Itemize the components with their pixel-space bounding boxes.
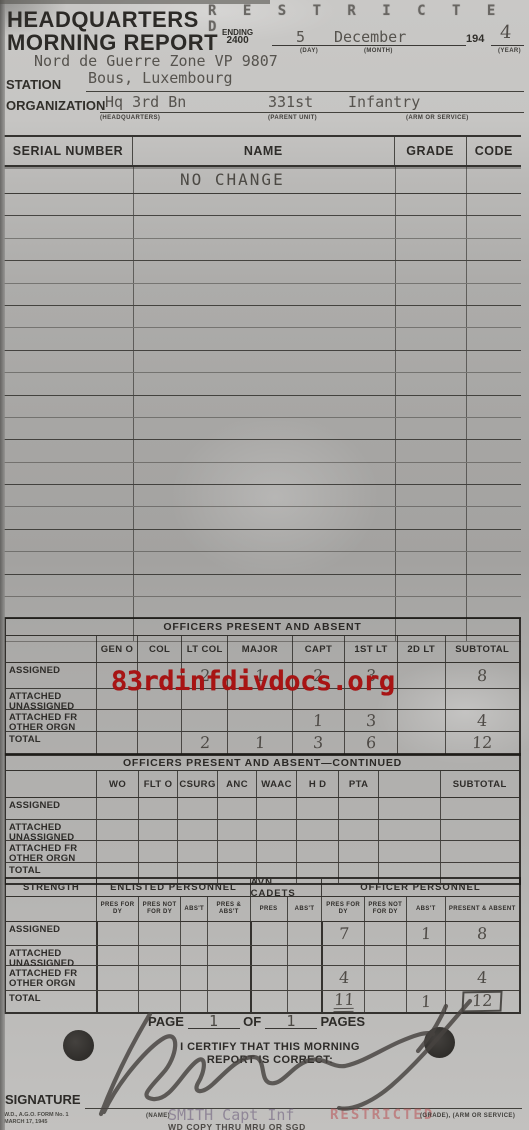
column-header-serial: SERIAL NUMBER xyxy=(4,137,132,165)
column-divider xyxy=(466,440,467,461)
column-divider xyxy=(395,485,396,506)
organization-underline xyxy=(100,112,524,113)
column-divider xyxy=(395,167,396,193)
value-cell xyxy=(296,820,339,840)
form-number-line1: W.D., A.G.O. FORM No. 1 xyxy=(4,1112,69,1119)
table-row: ATTACHED UNASSIGNED xyxy=(6,820,519,841)
handwritten-value: 2 xyxy=(199,735,210,751)
strength-title: STRENGTH xyxy=(6,879,96,896)
page-label: PAGE xyxy=(148,1014,184,1029)
header-spacer xyxy=(6,897,96,921)
form-number-print: W.D., A.G.O. FORM No. 1 MARCH 17, 1945 xyxy=(4,1112,69,1126)
value-cell xyxy=(250,922,287,945)
ending-label: ENDING 2400 xyxy=(222,29,253,45)
handwritten-value: 1 xyxy=(254,735,265,751)
column-divider xyxy=(395,216,396,237)
value-cell: 1 xyxy=(406,922,446,945)
column-header-grade: GRADE xyxy=(394,137,466,165)
strength-body: ASSIGNED718ATTACHED UNASSIGNEDATTACHED F… xyxy=(6,922,519,1012)
value-cell xyxy=(440,798,517,819)
column-divider xyxy=(133,239,134,260)
officers-table-title: OFFICERS PRESENT AND ABSENT xyxy=(6,619,519,636)
handwritten-value: 1 xyxy=(313,712,324,728)
officers2-body: ASSIGNEDATTACHED UNASSIGNEDATTACHED FR O… xyxy=(6,798,519,883)
column-header: PRESENT & ABSENT xyxy=(445,897,518,921)
ending-time: 2400 xyxy=(222,37,253,45)
column-divider xyxy=(133,328,134,349)
roster-empty-row xyxy=(4,440,521,462)
roster-header-row: SERIAL NUMBER NAME GRADE CODE xyxy=(4,137,521,167)
value-cell xyxy=(207,922,250,945)
value-cell xyxy=(406,966,446,990)
value-cell xyxy=(207,966,250,990)
year-sublabel: (YEAR) xyxy=(498,48,521,54)
value-cell xyxy=(138,966,181,990)
table-row: TOTAL213612 xyxy=(6,732,519,754)
column-divider xyxy=(395,440,396,461)
handwritten-value: 6 xyxy=(366,735,377,751)
roster-empty-row xyxy=(4,463,521,485)
year-underline xyxy=(491,45,524,46)
station-grid-value: Nord de Guerre Zone VP 9807 xyxy=(34,52,278,70)
header-spacer xyxy=(378,771,441,797)
value-cell xyxy=(364,966,406,990)
value-cell xyxy=(364,922,406,945)
column-divider xyxy=(133,194,134,215)
value-cell: 12 xyxy=(445,732,519,754)
value-cell xyxy=(256,820,296,840)
value-cell xyxy=(96,732,137,754)
row-label: ATTACHED FR OTHER ORGN xyxy=(6,710,96,731)
punch-hole-left xyxy=(63,1030,94,1061)
column-divider xyxy=(466,575,467,596)
day-sublabel: (DAY) xyxy=(300,48,318,54)
column-header: CAPT xyxy=(292,636,345,662)
value-cell xyxy=(296,841,339,862)
roster-entry-row: NO CHANGE xyxy=(4,167,521,194)
value-cell xyxy=(250,946,287,965)
value-cell xyxy=(180,946,207,965)
column-divider xyxy=(133,552,134,573)
date-month-value: December xyxy=(334,28,406,46)
value-cell: 1 xyxy=(292,710,345,731)
column-divider xyxy=(133,575,134,596)
column-header: 1ST LT xyxy=(344,636,397,662)
value-cell xyxy=(207,946,250,965)
handwritten-value: 8 xyxy=(477,667,488,683)
value-cell xyxy=(397,732,445,754)
column-divider xyxy=(133,507,134,528)
row-label: ASSIGNED xyxy=(6,663,96,688)
column-divider xyxy=(133,396,134,417)
value-cell xyxy=(287,922,322,945)
roster-table: SERIAL NUMBER NAME GRADE CODE NO CHANGE xyxy=(4,135,521,642)
value-cell xyxy=(397,710,445,731)
value-cell xyxy=(378,841,441,862)
year-handwritten: 4 xyxy=(500,24,512,42)
punch-hole-right xyxy=(424,1027,455,1058)
officers-continued-title: OFFICERS PRESENT AND ABSENT—CONTINUED xyxy=(6,755,519,771)
column-header: PRES xyxy=(250,897,287,921)
column-header: ABS'T xyxy=(287,897,322,921)
value-cell xyxy=(256,798,296,819)
column-header: PRES NOT FOR DY xyxy=(364,897,406,921)
column-header: CSURG xyxy=(177,771,217,797)
value-cell xyxy=(378,798,441,819)
date-day-value: 5 xyxy=(296,28,305,46)
group-enlisted: ENLISTED PERSONNEL xyxy=(96,879,249,896)
column-divider xyxy=(466,261,467,282)
column-divider xyxy=(395,530,396,551)
column-divider xyxy=(466,485,467,506)
row-label: ATTACHED UNASSIGNED xyxy=(6,820,96,840)
column-divider xyxy=(466,194,467,215)
value-cell: 4 xyxy=(445,710,519,731)
column-header: MAJOR xyxy=(227,636,292,662)
roster-empty-row xyxy=(4,552,521,574)
strength-subheader: PRES FOR DYPRES NOT FOR DYABS'TPRES & AB… xyxy=(6,897,519,922)
column-divider xyxy=(466,239,467,260)
column-divider xyxy=(133,284,134,305)
certify-line2: REPORT IS CORRECT: xyxy=(140,1054,400,1067)
column-divider xyxy=(395,261,396,282)
name-sublabel: (NAME) xyxy=(146,1113,170,1119)
archive-watermark: 83rdinfdivdocs.org xyxy=(111,666,395,697)
no-change-entry: NO CHANGE xyxy=(180,170,285,189)
arm-service-sublabel: (ARM OR SERVICE) xyxy=(406,115,469,121)
value-cell xyxy=(138,946,181,965)
column-divider xyxy=(133,261,134,282)
value-cell xyxy=(96,922,138,945)
column-divider xyxy=(133,418,134,439)
column-divider xyxy=(466,463,467,484)
column-divider xyxy=(133,306,134,327)
table-row: ASSIGNED xyxy=(6,798,519,820)
value-cell xyxy=(96,798,138,819)
value-cell xyxy=(445,946,518,965)
pages-label: PAGES xyxy=(320,1014,365,1029)
column-divider xyxy=(133,463,134,484)
officers-continued-table: OFFICERS PRESENT AND ABSENT—CONTINUED WO… xyxy=(4,753,521,885)
table-row: ATTACHED FR OTHER ORGN xyxy=(6,841,519,863)
organization-parent-value: 331st xyxy=(268,93,313,111)
column-divider xyxy=(466,396,467,417)
roster-empty-row xyxy=(4,418,521,440)
station-town-value: Bous, Luxembourg xyxy=(88,69,233,87)
value-cell xyxy=(250,966,287,990)
column-divider xyxy=(133,440,134,461)
roster-empty-row xyxy=(4,373,521,395)
column-header: PRES NOT FOR DY xyxy=(138,897,181,921)
column-divider xyxy=(395,194,396,215)
roster-empty-row xyxy=(4,261,521,283)
column-divider xyxy=(395,418,396,439)
roster-empty-row xyxy=(4,239,521,261)
row-label: ATTACHED FR OTHER ORGN xyxy=(6,966,96,990)
value-cell xyxy=(138,798,178,819)
column-header: PRES FOR DY xyxy=(321,897,364,921)
column-divider xyxy=(466,216,467,237)
roster-empty-row xyxy=(4,284,521,306)
table-row: ATTACHED UNASSIGNED xyxy=(6,946,519,966)
station-underline xyxy=(86,91,524,92)
value-cell xyxy=(181,710,227,731)
value-cell xyxy=(138,820,178,840)
column-header: PRES & ABS'T xyxy=(207,897,250,921)
value-cell xyxy=(138,922,181,945)
handwritten-value: 4 xyxy=(477,712,488,728)
column-divider xyxy=(466,306,467,327)
parent-unit-sublabel: (PARENT UNIT) xyxy=(268,115,317,121)
value-cell: 3 xyxy=(292,732,345,754)
column-header: PTA xyxy=(338,771,378,797)
roster-empty-row xyxy=(4,216,521,238)
handwritten-value: 4 xyxy=(477,970,488,986)
column-divider xyxy=(395,373,396,394)
handwritten-value: 4 xyxy=(338,970,349,986)
row-label: ATTACHED UNASSIGNED xyxy=(6,946,96,965)
page-count-line: PAGE 1 OF 1 PAGES xyxy=(148,1014,365,1029)
column-divider xyxy=(466,328,467,349)
headquarters-sublabel: (HEADQUARTERS) xyxy=(100,115,160,121)
column-header: ABS'T xyxy=(180,897,207,921)
column-divider xyxy=(466,284,467,305)
value-cell: 3 xyxy=(344,710,397,731)
value-cell xyxy=(338,820,378,840)
column-divider xyxy=(395,597,396,618)
column-divider xyxy=(395,396,396,417)
column-header: COL xyxy=(137,636,182,662)
column-divider xyxy=(466,351,467,372)
value-cell xyxy=(256,841,296,862)
roster-empty-row xyxy=(4,328,521,350)
row-label: TOTAL xyxy=(6,732,96,754)
signature-label: SIGNATURE xyxy=(5,1092,81,1107)
value-cell xyxy=(397,663,445,688)
value-cell xyxy=(397,689,445,709)
value-cell xyxy=(338,798,378,819)
value-cell xyxy=(177,820,217,840)
roster-empty-row xyxy=(4,396,521,418)
value-cell xyxy=(96,966,138,990)
value-cell xyxy=(227,710,292,731)
column-divider xyxy=(395,463,396,484)
strength-group-header: STRENGTH ENLISTED PERSONNEL AVN CADETS O… xyxy=(6,879,519,897)
handwritten-value: 7 xyxy=(338,925,349,941)
roster-empty-row xyxy=(4,507,521,529)
handwritten-value: 1 xyxy=(420,925,431,941)
roster-empty-row xyxy=(4,575,521,597)
roster-empty-row xyxy=(4,194,521,216)
value-cell xyxy=(137,710,182,731)
column-divider xyxy=(133,167,134,193)
value-cell xyxy=(296,798,339,819)
value-cell xyxy=(180,922,207,945)
handwritten-value: 3 xyxy=(313,735,324,751)
year-printed: 194 xyxy=(466,33,484,45)
value-cell xyxy=(96,841,138,862)
column-divider xyxy=(466,418,467,439)
column-header-code: CODE xyxy=(466,137,521,165)
value-cell xyxy=(96,710,137,731)
column-divider xyxy=(133,530,134,551)
column-divider xyxy=(395,351,396,372)
value-cell xyxy=(364,946,406,965)
footer-section: PAGE 1 OF 1 PAGES I CERTIFY THAT THIS MO… xyxy=(0,1008,529,1130)
column-divider xyxy=(133,216,134,237)
column-divider xyxy=(395,306,396,327)
morning-report-scan: HEADQUARTERS MORNING REPORT R E S T R I … xyxy=(0,0,529,1130)
value-cell: 4 xyxy=(445,966,518,990)
column-header: 2D LT xyxy=(397,636,445,662)
table-row: ASSIGNED718 xyxy=(6,922,519,946)
value-cell: 2 xyxy=(181,732,227,754)
handwritten-value: 3 xyxy=(366,712,377,728)
column-divider xyxy=(466,507,467,528)
value-cell xyxy=(217,841,257,862)
value-cell: 8 xyxy=(445,922,518,945)
column-divider xyxy=(395,328,396,349)
row-label: ATTACHED UNASSIGNED xyxy=(6,689,96,709)
value-cell xyxy=(96,946,138,965)
officers-header: GEN OCOLLT COLMAJORCAPT1ST LT2D LTSUBTOT… xyxy=(6,636,519,663)
column-header: FLT O xyxy=(138,771,178,797)
column-header: LT COL xyxy=(181,636,227,662)
column-header: PRES FOR DY xyxy=(96,897,138,921)
value-cell xyxy=(445,689,519,709)
group-avn-cadets: AVN CADETS xyxy=(250,879,322,896)
value-cell xyxy=(287,966,322,990)
value-cell xyxy=(180,966,207,990)
value-cell xyxy=(177,841,217,862)
value-cell xyxy=(287,946,322,965)
value-cell xyxy=(177,798,217,819)
value-cell xyxy=(378,820,441,840)
of-label: OF xyxy=(243,1014,261,1029)
roster-empty-row xyxy=(4,485,521,507)
value-cell: 7 xyxy=(321,922,364,945)
column-divider xyxy=(133,373,134,394)
signature-underline xyxy=(85,1108,522,1109)
column-header: SUBTOTAL xyxy=(445,636,519,662)
value-cell xyxy=(217,798,257,819)
column-divider xyxy=(133,351,134,372)
certify-line1: I CERTIFY THAT THIS MORNING xyxy=(140,1041,400,1054)
handwritten-value: 8 xyxy=(477,925,488,941)
organization-label: ORGANIZATION xyxy=(6,98,105,113)
column-divider xyxy=(466,167,467,193)
column-divider xyxy=(466,552,467,573)
handwritten-value: 12 xyxy=(472,735,493,751)
station-label: STATION xyxy=(6,77,61,92)
column-header: H D xyxy=(296,771,339,797)
value-cell xyxy=(138,841,178,862)
row-label: ASSIGNED xyxy=(6,922,96,945)
value-cell: 1 xyxy=(227,732,292,754)
strength-table: STRENGTH ENLISTED PERSONNEL AVN CADETS O… xyxy=(4,877,521,1014)
header-spacer xyxy=(6,771,96,797)
grade-arm-sublabel: (GRADE), (ARM OR SERVICE) xyxy=(420,1113,515,1119)
column-divider xyxy=(466,530,467,551)
column-divider xyxy=(133,597,134,618)
value-cell xyxy=(321,946,364,965)
value-cell xyxy=(96,820,138,840)
table-row: ATTACHED FR OTHER ORGN44 xyxy=(6,966,519,991)
table-row: ATTACHED FR OTHER ORGN134 xyxy=(6,710,519,732)
value-cell: 4 xyxy=(321,966,364,990)
column-divider xyxy=(395,239,396,260)
row-label: ASSIGNED xyxy=(6,798,96,819)
roster-empty-row xyxy=(4,530,521,552)
restricted-stamp-bottom: RESTRICTED xyxy=(330,1107,434,1123)
column-header: ANC xyxy=(217,771,257,797)
value-cell xyxy=(338,841,378,862)
pages-count-value: 1 xyxy=(265,1014,317,1029)
value-cell xyxy=(137,732,182,754)
roster-empty-row xyxy=(4,306,521,328)
group-officer: OFFICER PERSONNEL xyxy=(321,879,518,896)
copy-routing-note: WD COPY THRU MRU OR SGD xyxy=(168,1122,306,1130)
certification-statement: I CERTIFY THAT THIS MORNING REPORT IS CO… xyxy=(140,1041,400,1067)
form-number-line2: MARCH 17, 1945 xyxy=(4,1119,69,1126)
column-header: SUBTOTAL xyxy=(440,771,517,797)
value-cell xyxy=(217,820,257,840)
value-cell xyxy=(406,946,446,965)
column-divider xyxy=(395,552,396,573)
value-cell xyxy=(440,820,517,840)
roster-empty-row xyxy=(4,351,521,373)
column-divider xyxy=(395,284,396,305)
organization-hq-value: Hq 3rd Bn xyxy=(105,93,186,111)
column-header: WAAC xyxy=(256,771,296,797)
column-header-name: NAME xyxy=(132,137,394,165)
roster-empty-rows xyxy=(4,194,521,642)
column-header: GEN O xyxy=(96,636,137,662)
column-divider xyxy=(466,373,467,394)
month-sublabel: (MONTH) xyxy=(364,48,393,54)
value-cell: 6 xyxy=(344,732,397,754)
column-header: WO xyxy=(96,771,138,797)
value-cell xyxy=(440,841,517,862)
organization-arm-value: Infantry xyxy=(348,93,420,111)
column-divider xyxy=(395,575,396,596)
column-divider xyxy=(466,597,467,618)
row-label: ATTACHED FR OTHER ORGN xyxy=(6,841,96,862)
column-header: ABS'T xyxy=(406,897,446,921)
column-divider xyxy=(133,485,134,506)
page-number-value: 1 xyxy=(188,1014,240,1029)
value-cell: 8 xyxy=(445,663,519,688)
officers2-header: WOFLT OCSURGANCWAACH DPTASUBTOTAL xyxy=(6,771,519,798)
column-divider xyxy=(395,507,396,528)
header-spacer xyxy=(6,636,96,662)
